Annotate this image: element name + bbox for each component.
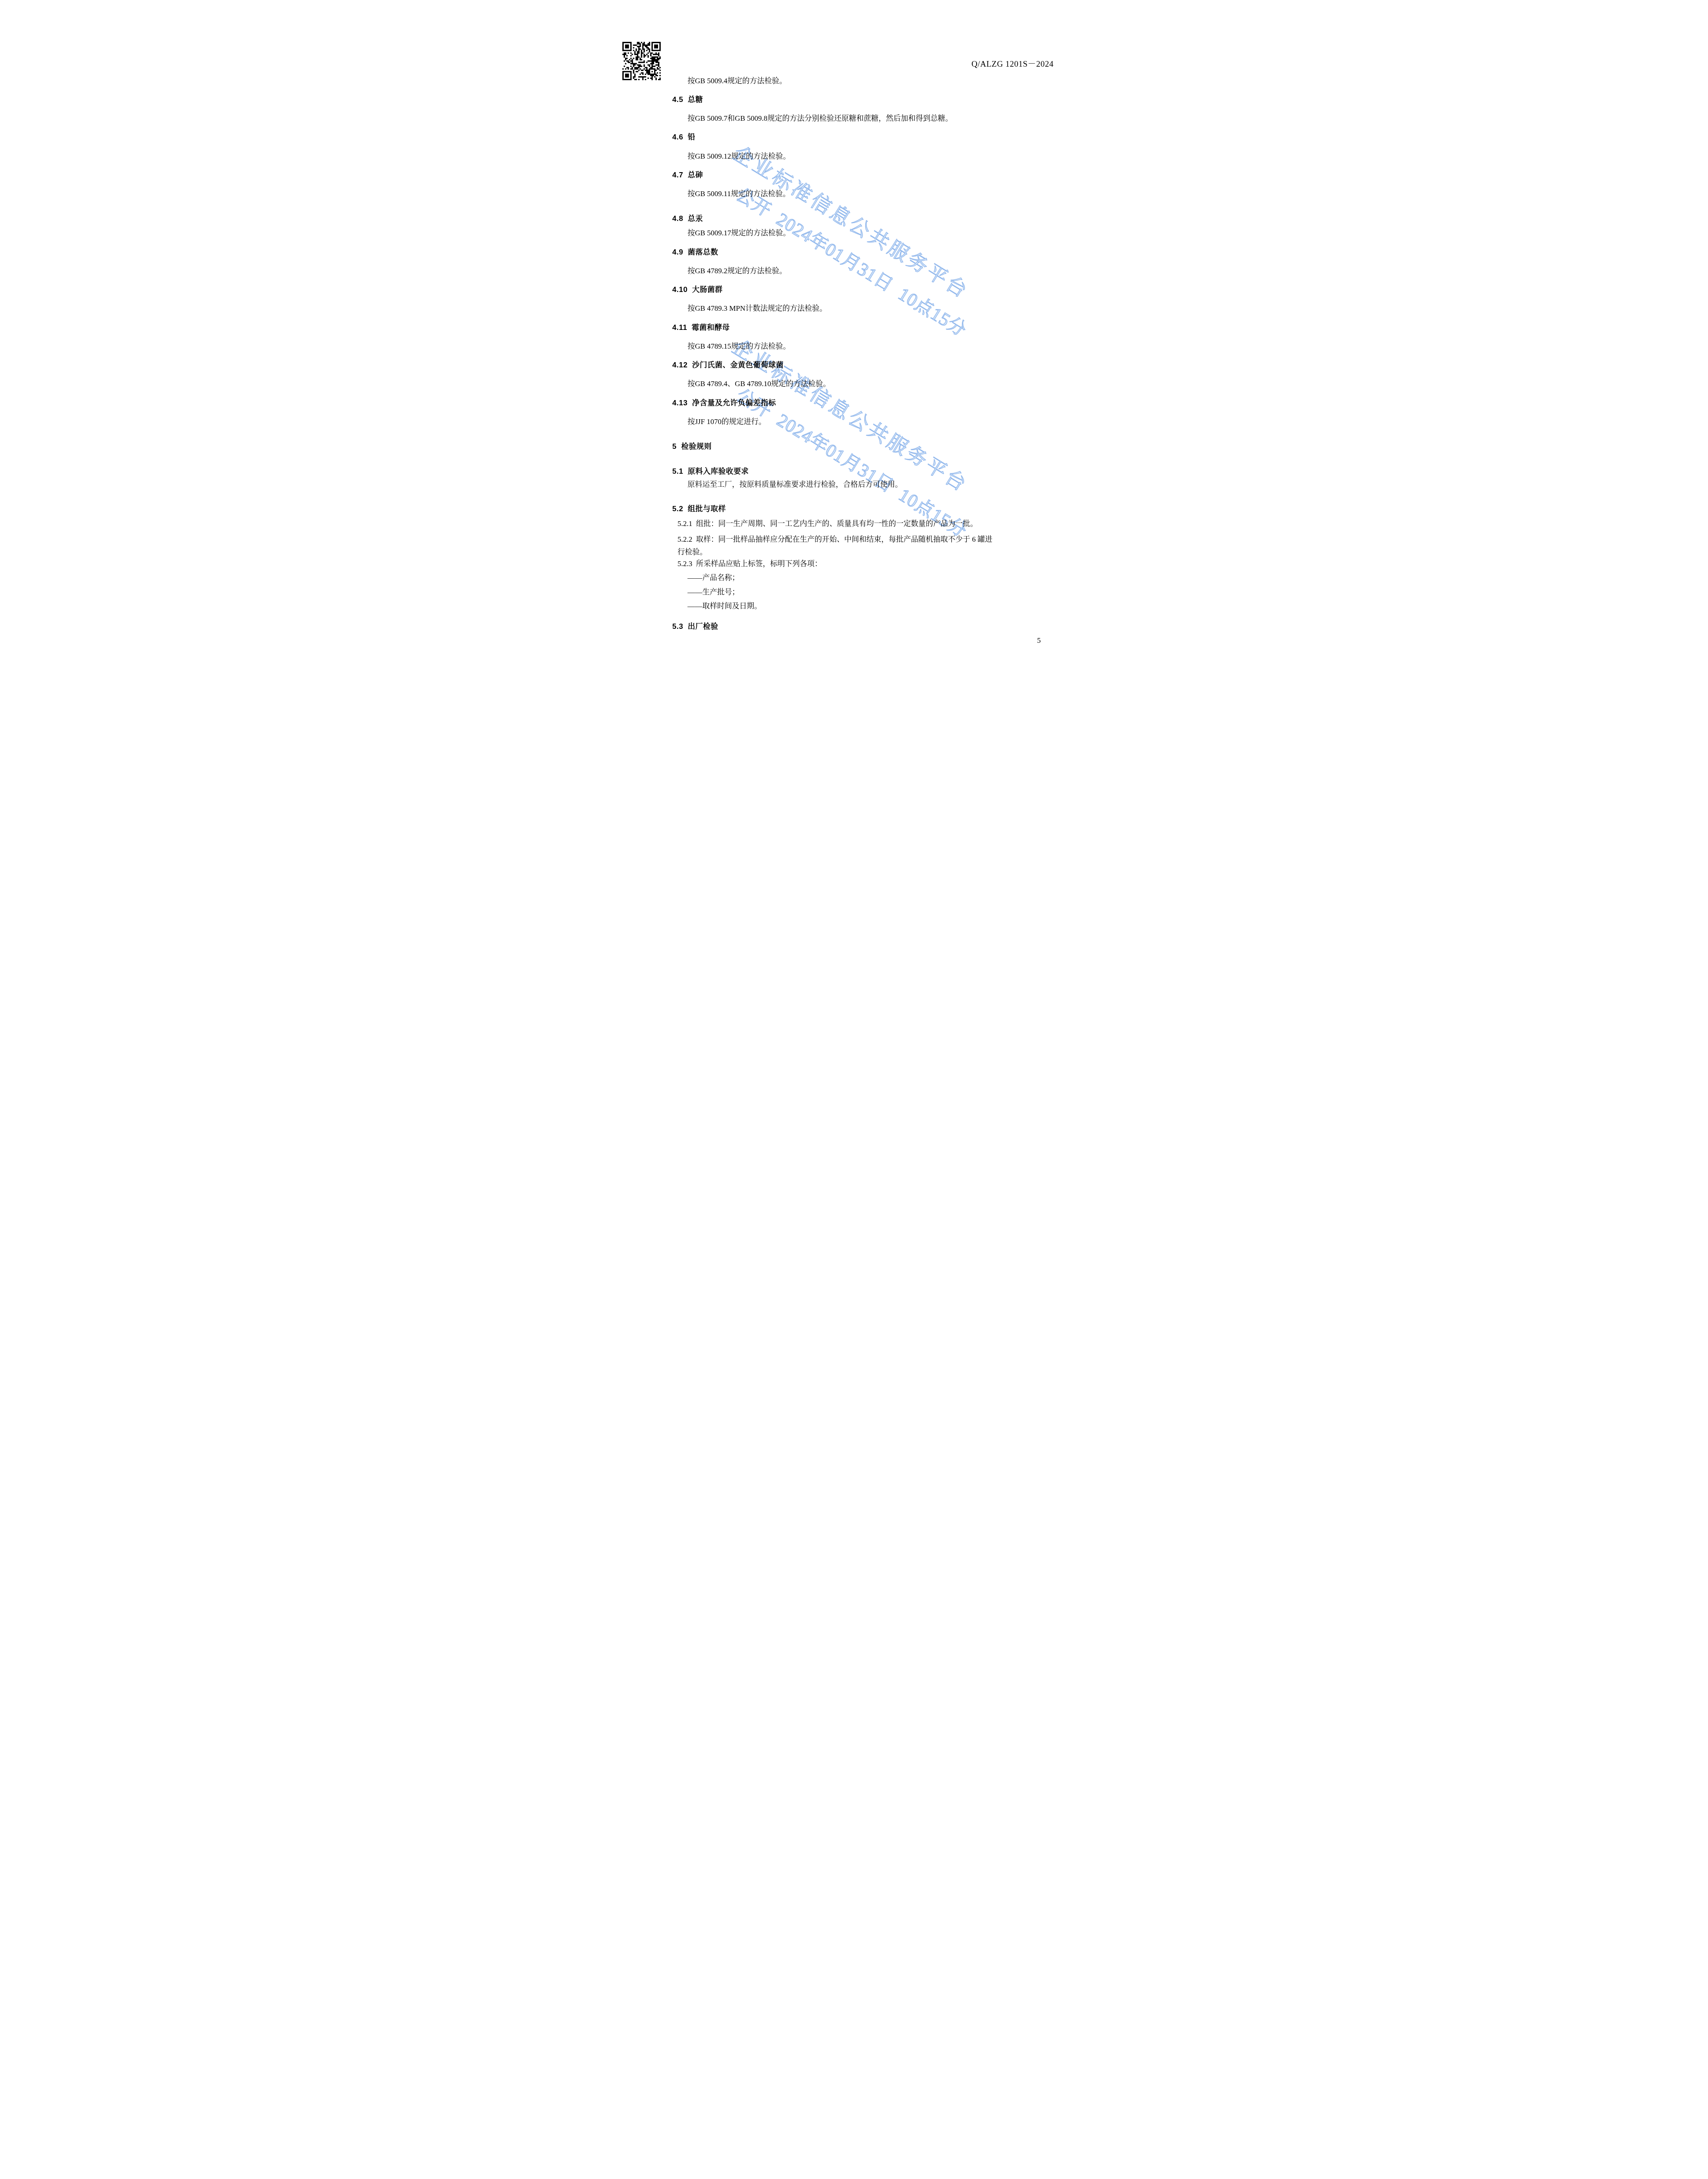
clause-5-2-2-cont: 行检验。: [678, 548, 707, 557]
section-4-7-heading: 4.7 总砷: [672, 171, 703, 180]
section-5-3-heading: 5.3 出厂检验: [672, 622, 719, 631]
section-4-13-heading: 4.13 净含量及允许负偏差指标: [672, 399, 776, 407]
section-4-7-body: 按GB 5009.11规定的方法检验。: [688, 190, 791, 198]
dash-item-sampling-time: ——取样时间及日期。: [688, 602, 762, 611]
section-4-5-heading: 4.5 总糖: [672, 95, 703, 104]
section-5-2-heading: 5.2 组批与取样: [672, 505, 726, 513]
section-4-6-heading: 4.6 铅: [672, 133, 696, 142]
dash-item-batch-number: ——生产批号；: [688, 588, 740, 597]
clause-5-2-3: 5.2.3 所采样品应贴上标签，标明下列各项：: [678, 560, 822, 568]
qr-code-icon: [622, 42, 661, 80]
section-4-11-body: 按GB 4789.15规定的方法检验。: [688, 342, 791, 351]
section-4-5-body: 按GB 5009.7和GB 5009.8规定的方法分别检验还原糖和蔗糖，然后加和…: [688, 114, 953, 123]
section-4-10-heading: 4.10 大肠菌群: [672, 285, 723, 294]
document-page: 企业标准信息公共服务平台 公开 2024年01月31日 10点15分 企业标准信…: [615, 0, 1094, 678]
section-4-4-body: 按GB 5009.4规定的方法检验。: [688, 77, 787, 85]
dash-item-product-name: ——产品名称；: [688, 574, 740, 582]
page-number: 5: [1037, 636, 1041, 645]
section-4-11-heading: 4.11 霉菌和酵母: [672, 323, 730, 332]
section-4-10-body: 按GB 4789.3 MPN计数法规定的方法检验。: [688, 304, 827, 313]
section-4-12-heading: 4.12 沙门氏菌、金黄色葡萄球菌: [672, 361, 784, 370]
section-4-12-body: 按GB 4789.4、GB 4789.10规定的方法检验。: [688, 380, 831, 388]
clause-5-2-1: 5.2.1 组批：同一生产周期、同一工艺内生产的、质量具有均一性的一定数量的产品…: [678, 519, 978, 528]
section-5-1-heading: 5.1 原料入库验收要求: [672, 467, 749, 476]
section-5-heading: 5 检验规则: [672, 442, 712, 451]
section-4-9-heading: 4.9 菌落总数: [672, 248, 719, 257]
section-4-8-heading: 4.8 总汞: [672, 214, 703, 223]
standard-number: Q/ALZG 1201S－2024: [971, 60, 1053, 69]
section-4-8-body: 按GB 5009.17规定的方法检验。: [688, 229, 791, 238]
section-4-13-body: 按JJF 1070的规定进行。: [688, 417, 766, 426]
clause-5-2-2: 5.2.2 取样：同一批样品抽样应分配在生产的开始、中间和结束，每批产品随机抽取…: [678, 535, 993, 544]
section-4-6-body: 按GB 5009.12规定的方法检验。: [688, 152, 791, 161]
section-5-1-body: 原料运至工厂，按原料质量标准要求进行检验，合格后方可使用。: [688, 480, 903, 489]
section-4-9-body: 按GB 4789.2规定的方法检验。: [688, 267, 787, 275]
